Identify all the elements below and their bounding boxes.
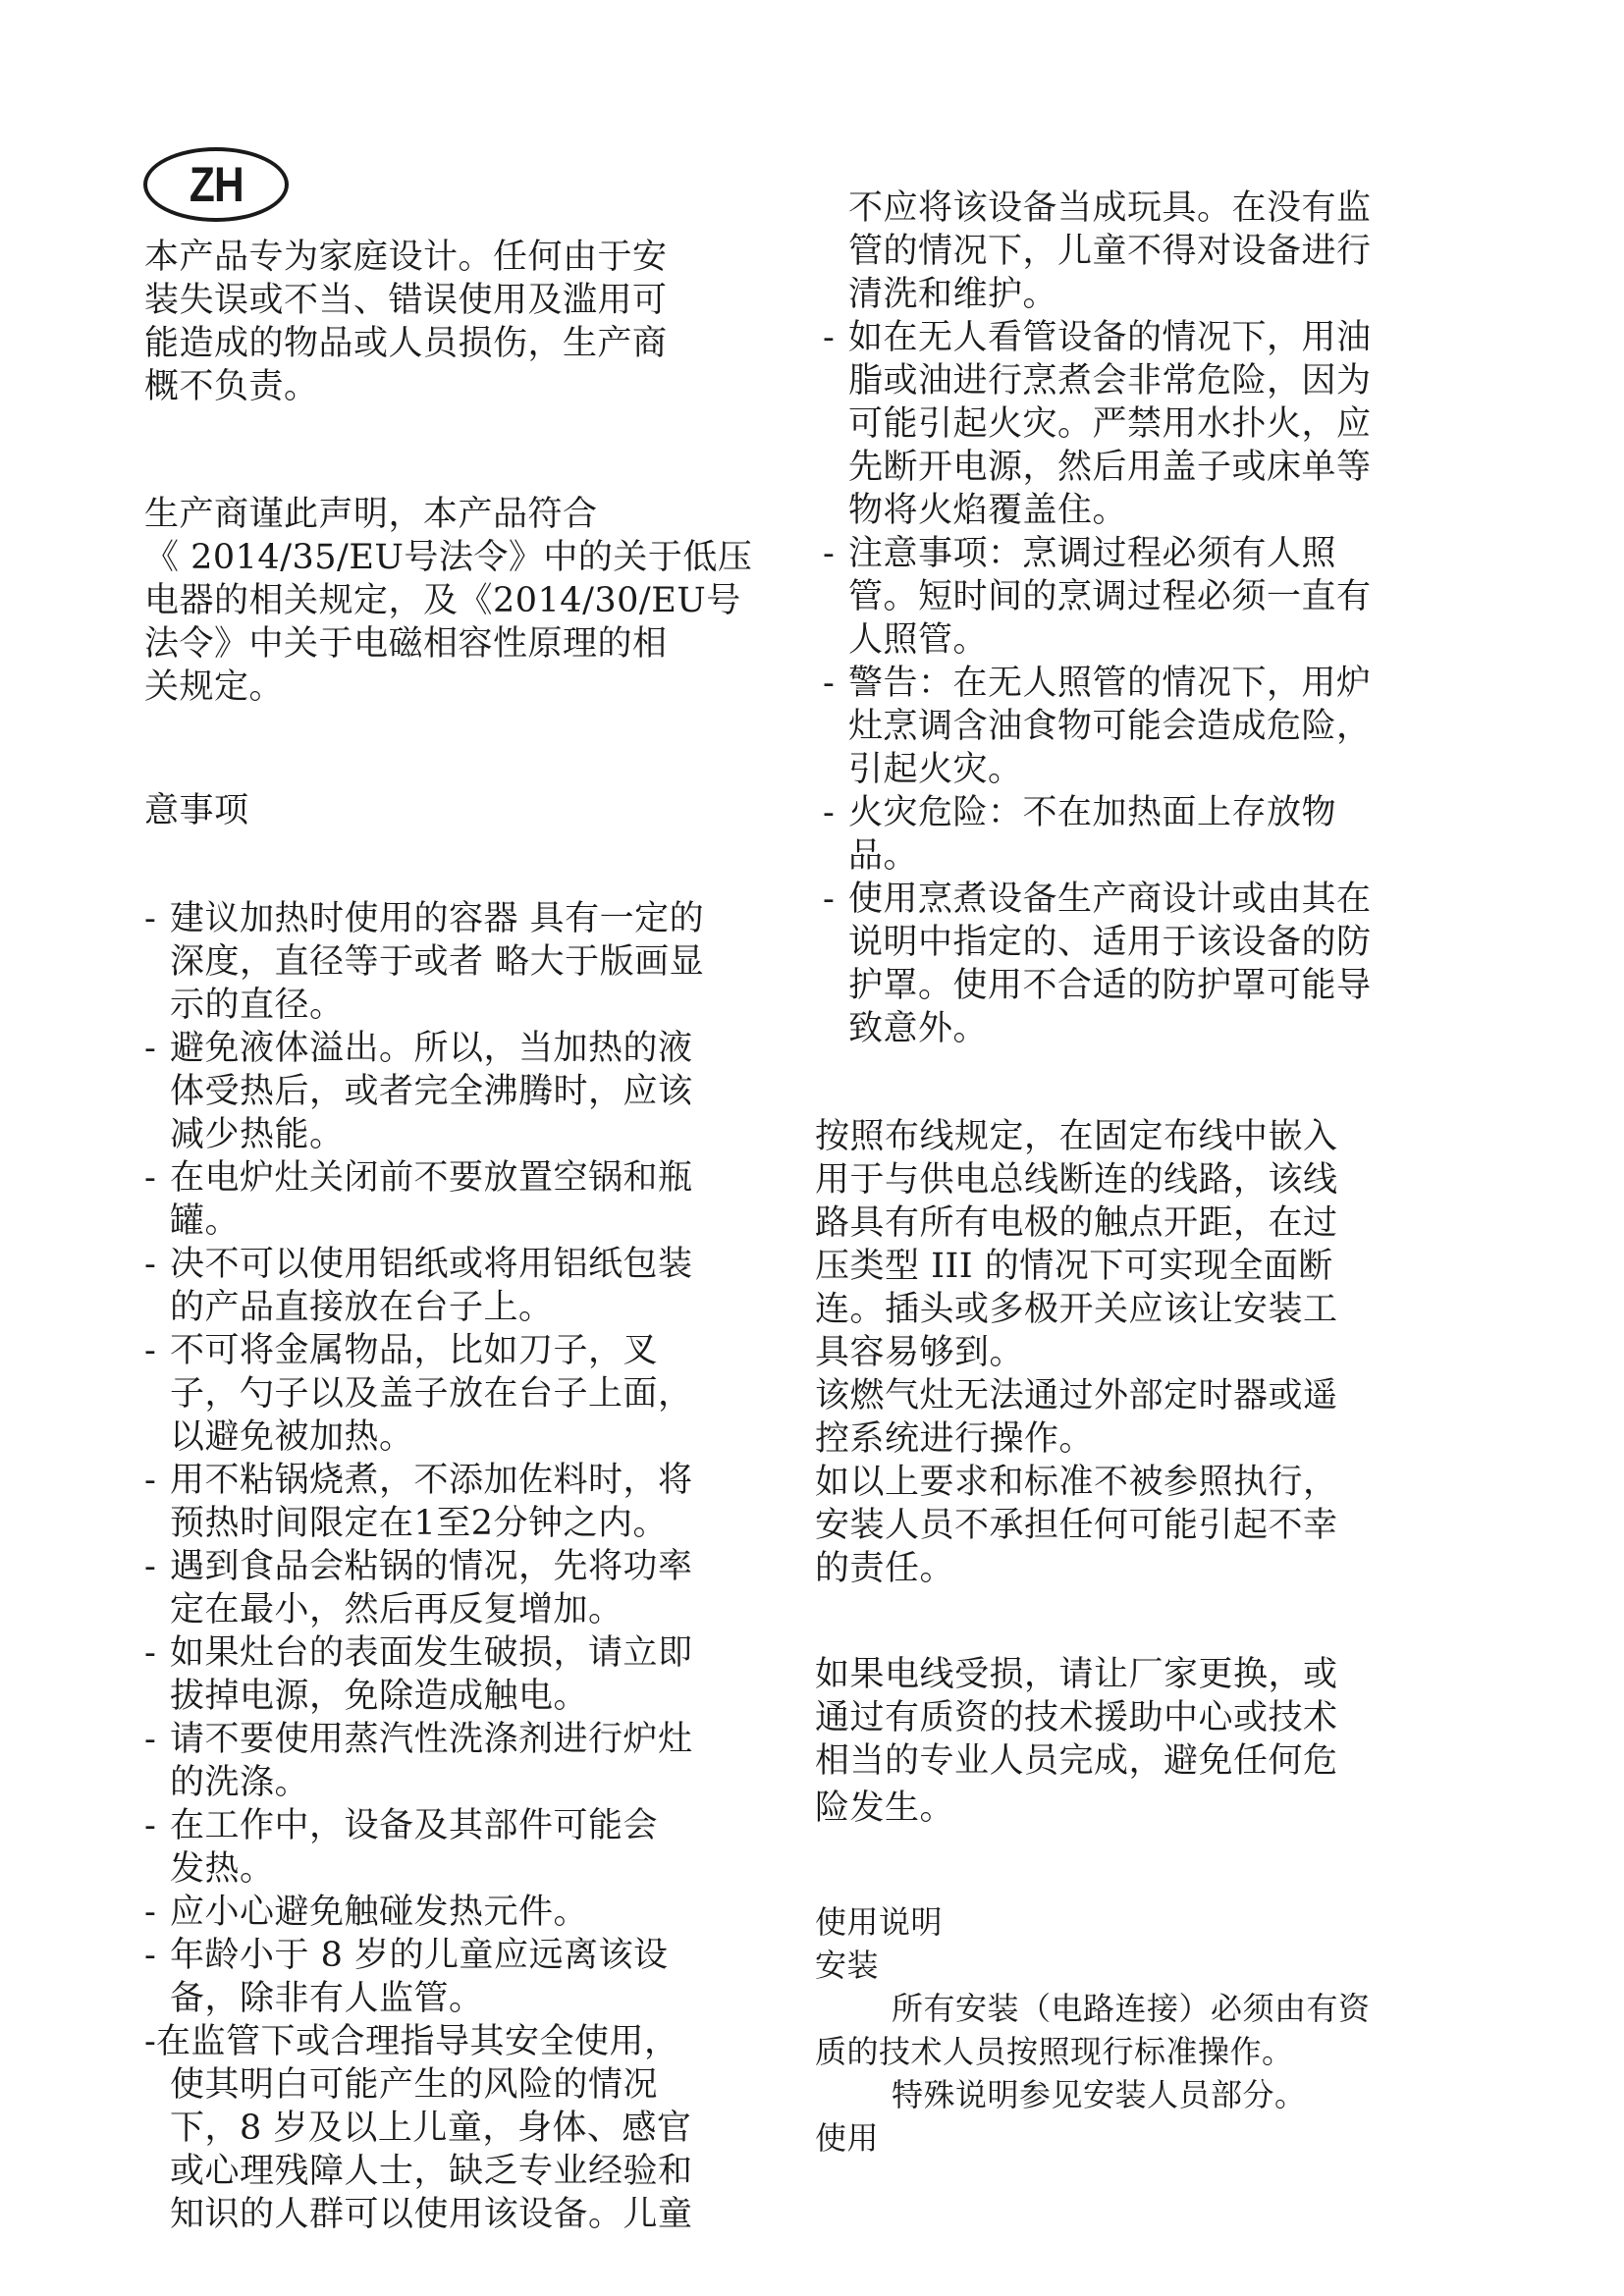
text-line: 相当的专业人员完成，避免任何危: [815, 1739, 1490, 1783]
text-line: 不可将金属物品，比如刀子，叉: [170, 1329, 812, 1372]
text-line: 所有安装（电路连接）必须由有资: [815, 1987, 1490, 2030]
text-line: 如果电线受损，请让厂家更换，或: [815, 1653, 1490, 1696]
text-line: 质的技术人员按照现行标准操作。: [815, 2030, 1490, 2073]
list-item: - 遇到食品会粘锅的情况，先将功率 定在最小，然后再反复增加。: [144, 1545, 812, 1631]
text-line: 使其明白可能产生的风险的情况: [170, 2063, 812, 2107]
list-item: - 年龄小于 8 岁的儿童应远离该设 备，除非有人监管。: [144, 1934, 812, 2020]
text-line: 警告：在无人照管的情况下，用炉: [848, 662, 1490, 705]
continuation-paragraph: 不应将该设备当成玩具。在没有监 管的情况下，儿童不得对设备进行 清洗和维护。: [823, 187, 1490, 316]
text-line: 的产品直接放在台子上。: [170, 1286, 812, 1329]
bullet-dash: -: [144, 1804, 156, 1847]
bullet-dash: -: [144, 1329, 156, 1372]
use-heading: 使用: [815, 2116, 1490, 2160]
text-line: 以避免被加热。: [170, 1415, 812, 1459]
text-line: 能造成的物品或人员损伤，生产商: [144, 322, 812, 365]
text-line: 知识的人群可以使用该设备。儿童: [170, 2193, 812, 2236]
list-item: - 警告：在无人照管的情况下，用炉 灶烹调含油食物可能会造成危险， 引起火灾。: [823, 662, 1490, 791]
bullet-dash: -: [823, 532, 835, 575]
text-line: 引起火灾。: [848, 748, 1490, 791]
text-line: 本产品专为家庭设计。任何由于安: [144, 236, 812, 279]
text-line: 压类型 III 的情况下可实现全面断: [815, 1245, 1490, 1288]
text-line: 注意事项：烹调过程必须有人照: [848, 532, 1490, 575]
text-line: 体受热后，或者完全沸腾时，应该: [170, 1070, 812, 1113]
list-item: - 用不粘锅烧煮，不添加佐料时，将 预热时间限定在1至2分钟之内。: [144, 1459, 812, 1545]
text-line: 在电炉灶关闭前不要放置空锅和瓶: [170, 1156, 812, 1200]
text-line: 建议加热时使用的容器 具有一定的: [170, 897, 812, 940]
text-line: 下，8 岁及以上儿童，身体、感官: [170, 2107, 812, 2150]
text-line: 法令》中关于电磁相容性原理的相: [144, 622, 812, 666]
text-line: 子，勺子以及盖子放在台子上面，: [170, 1372, 812, 1415]
text-line: 用于与供电总线断连的线路，该线: [815, 1158, 1490, 1201]
text-line: 按照布线规定，在固定布线中嵌入: [815, 1115, 1490, 1158]
text-line: 安装人员不承担任何可能引起不幸: [815, 1504, 1490, 1547]
text-line: 清洗和维护。: [848, 273, 1490, 316]
text-line: 发热。: [170, 1847, 812, 1891]
text-line: 请不要使用蒸汽性洗涤剂进行炉灶: [170, 1718, 812, 1761]
installation-heading: 安装: [815, 1944, 1490, 1987]
text-line: 年龄小于 8 岁的儿童应远离该设: [170, 1934, 812, 1977]
list-item: - 决不可以使用铝纸或将用铝纸包装 的产品直接放在台子上。: [144, 1243, 812, 1329]
text-line: 《 2014/35/EU号法令》中的关于低压: [144, 536, 812, 579]
text-line: 管。短时间的烹调过程必须一直有: [848, 575, 1490, 618]
text-line: 说明中指定的、适用于该设备的防: [848, 921, 1490, 964]
text-line: 生产商谨此声明，本产品符合: [144, 493, 812, 536]
list-item: - 建议加热时使用的容器 具有一定的 深度，直径等于或者 略大于版画显 示的直径…: [144, 897, 812, 1027]
text-line: 先断开电源，然后用盖子或床单等: [848, 446, 1490, 489]
text-line: 遇到食品会粘锅的情况，先将功率: [170, 1545, 812, 1588]
bullet-dash: -: [144, 2020, 156, 2063]
bullet-dash: -: [823, 791, 835, 834]
list-item: - 在工作中，设备及其部件可能会 发热。: [144, 1804, 812, 1891]
text-line: 护罩。使用不合适的防护罩可能导: [848, 964, 1490, 1007]
bullet-dash: -: [144, 1934, 156, 1977]
list-item: - 请不要使用蒸汽性洗涤剂进行炉灶 的洗涤。: [144, 1718, 812, 1804]
text-line: 关规定。: [144, 666, 812, 709]
language-badge-zh: ZH: [143, 147, 289, 222]
text-line: 或心理残障人士，缺乏专业经验和: [170, 2150, 812, 2193]
text-line: 物将火焰覆盖住。: [848, 489, 1490, 532]
text-line: 的责任。: [815, 1547, 1490, 1590]
text-line: 如在无人看管设备的情况下，用油: [848, 316, 1490, 359]
left-column: 本产品专为家庭设计。任何由于安 装失误或不当、错误使用及滥用可 能造成的物品或人…: [144, 236, 812, 2236]
text-line: 减少热能。: [170, 1113, 812, 1156]
text-line: 应小心避免触碰发热元件。: [170, 1891, 812, 1934]
warnings-list: - 建议加热时使用的容器 具有一定的 深度，直径等于或者 略大于版画显 示的直径…: [144, 897, 812, 2236]
list-item: - 如在无人看管设备的情况下，用油 脂或油进行烹煮会非常危险，因为 可能引起火灾…: [823, 316, 1490, 532]
text-line: 示的直径。: [170, 984, 812, 1027]
list-item: - 火灾危险：不在加热面上存放物 品。: [823, 791, 1490, 878]
text-line: 装失误或不当、错误使用及滥用可: [144, 279, 812, 322]
instructions-heading: 使用说明: [815, 1900, 1490, 1944]
text-line: 人照管。: [848, 618, 1490, 662]
text-line: 用不粘锅烧煮，不添加佐料时，将: [170, 1459, 812, 1502]
text-line: 连。插头或多极开关应该让安装工: [815, 1288, 1490, 1331]
text-line: 品。: [848, 834, 1490, 878]
text-line: 电器的相关规定，及《2014/30/EU号: [144, 579, 812, 622]
bullet-dash: -: [144, 897, 156, 940]
text-line: 备，除非有人监管。: [170, 1977, 812, 2020]
text-line: 火灾危险：不在加热面上存放物: [848, 791, 1490, 834]
list-item: - 应小心避免触碰发热元件。: [144, 1891, 812, 1934]
text-line: 不应将该设备当成玩具。在没有监: [848, 187, 1490, 230]
text-line: 如以上要求和标准不被参照执行，: [815, 1461, 1490, 1504]
list-item: - 使用烹煮设备生产商设计或由其在 说明中指定的、适用于该设备的防 护罩。使用不…: [823, 878, 1490, 1050]
list-item: - 注意事项：烹调过程必须有人照 管。短时间的烹调过程必须一直有 人照管。: [823, 532, 1490, 662]
text-line: 该燃气灶无法通过外部定时器或遥: [815, 1374, 1490, 1417]
bullet-dash: -: [144, 1891, 156, 1934]
section-heading: 意事项: [144, 789, 812, 832]
text-line: 概不负责。: [144, 365, 812, 408]
right-column: 不应将该设备当成玩具。在没有监 管的情况下，儿童不得对设备进行 清洗和维护。 -…: [823, 187, 1490, 2160]
list-item: - 避免液体溢出。所以，当加热的液 体受热后，或者完全沸腾时，应该 减少热能。: [144, 1027, 812, 1156]
text-line: 灶烹调含油食物可能会造成危险，: [848, 705, 1490, 748]
safety-list: - 如在无人看管设备的情况下，用油 脂或油进行烹煮会非常危险，因为 可能引起火灾…: [823, 316, 1490, 1050]
text-line: 可能引起火灾。严禁用水扑火，应: [848, 402, 1490, 446]
list-item: - 不可将金属物品，比如刀子，叉 子，勺子以及盖子放在台子上面， 以避免被加热。: [144, 1329, 812, 1459]
bullet-dash: -: [144, 1027, 156, 1070]
text-line: 如果灶台的表面发生破损，请立即: [170, 1631, 812, 1675]
text-line: 拔掉电源，免除造成触电。: [170, 1675, 812, 1718]
list-item: - 在电炉灶关闭前不要放置空锅和瓶 罐。: [144, 1156, 812, 1243]
text-line: 决不可以使用铝纸或将用铝纸包装: [170, 1243, 812, 1286]
text-line: 管的情况下，儿童不得对设备进行: [848, 230, 1490, 273]
bullet-dash: -: [144, 1243, 156, 1286]
list-item: - 如果灶台的表面发生破损，请立即 拔掉电源，免除造成触电。: [144, 1631, 812, 1718]
bullet-dash: -: [144, 1718, 156, 1761]
text-line: 避免液体溢出。所以，当加热的液: [170, 1027, 812, 1070]
text-line: 特殊说明参见安装人员部分。: [815, 2073, 1490, 2116]
bullet-dash: -: [823, 878, 835, 921]
intro-paragraph: 本产品专为家庭设计。任何由于安 装失误或不当、错误使用及滥用可 能造成的物品或人…: [144, 236, 812, 408]
text-line: 通过有质资的技术援助中心或技术: [815, 1696, 1490, 1739]
language-code: ZH: [189, 160, 244, 209]
text-line: 路具有所有电极的触点开距，在过: [815, 1201, 1490, 1245]
text-line: 深度，直径等于或者 略大于版画显: [170, 940, 812, 984]
instructions-section: 使用说明 安装 所有安装（电路连接）必须由有资 质的技术人员按照现行标准操作。 …: [815, 1900, 1490, 2160]
text-line: 在工作中，设备及其部件可能会: [170, 1804, 812, 1847]
text-line: 在监管下或合理指导其安全使用，: [156, 2020, 812, 2063]
bullet-dash: -: [144, 1545, 156, 1588]
text-line: 致意外。: [848, 1007, 1490, 1050]
text-line: 使用烹煮设备生产商设计或由其在: [848, 878, 1490, 921]
text-line: 罐。: [170, 1200, 812, 1243]
bullet-dash: -: [144, 1459, 156, 1502]
text-line: 险发生。: [815, 1787, 1490, 1830]
bullet-dash: -: [823, 662, 835, 705]
text-line: 具容易够到。: [815, 1331, 1490, 1374]
cable-paragraph: 如果电线受损，请让厂家更换，或 通过有质资的技术援助中心或技术 相当的专业人员完…: [815, 1653, 1490, 1830]
text-line: 的洗涤。: [170, 1761, 812, 1804]
declaration-paragraph: 生产商谨此声明，本产品符合 《 2014/35/EU号法令》中的关于低压 电器的…: [144, 493, 812, 709]
text-line: 预热时间限定在1至2分钟之内。: [170, 1502, 812, 1545]
text-line: 控系统进行操作。: [815, 1417, 1490, 1461]
wiring-paragraph: 按照布线规定，在固定布线中嵌入 用于与供电总线断连的线路，该线 路具有所有电极的…: [815, 1115, 1490, 1590]
text-line: 定在最小，然后再反复增加。: [170, 1588, 812, 1631]
list-item: - 在监管下或合理指导其安全使用， 使其明白可能产生的风险的情况 下，8 岁及以…: [144, 2020, 812, 2236]
bullet-dash: -: [144, 1631, 156, 1675]
bullet-dash: -: [144, 1156, 156, 1200]
bullet-dash: -: [823, 316, 835, 359]
text-line: 脂或油进行烹煮会非常危险，因为: [848, 359, 1490, 402]
